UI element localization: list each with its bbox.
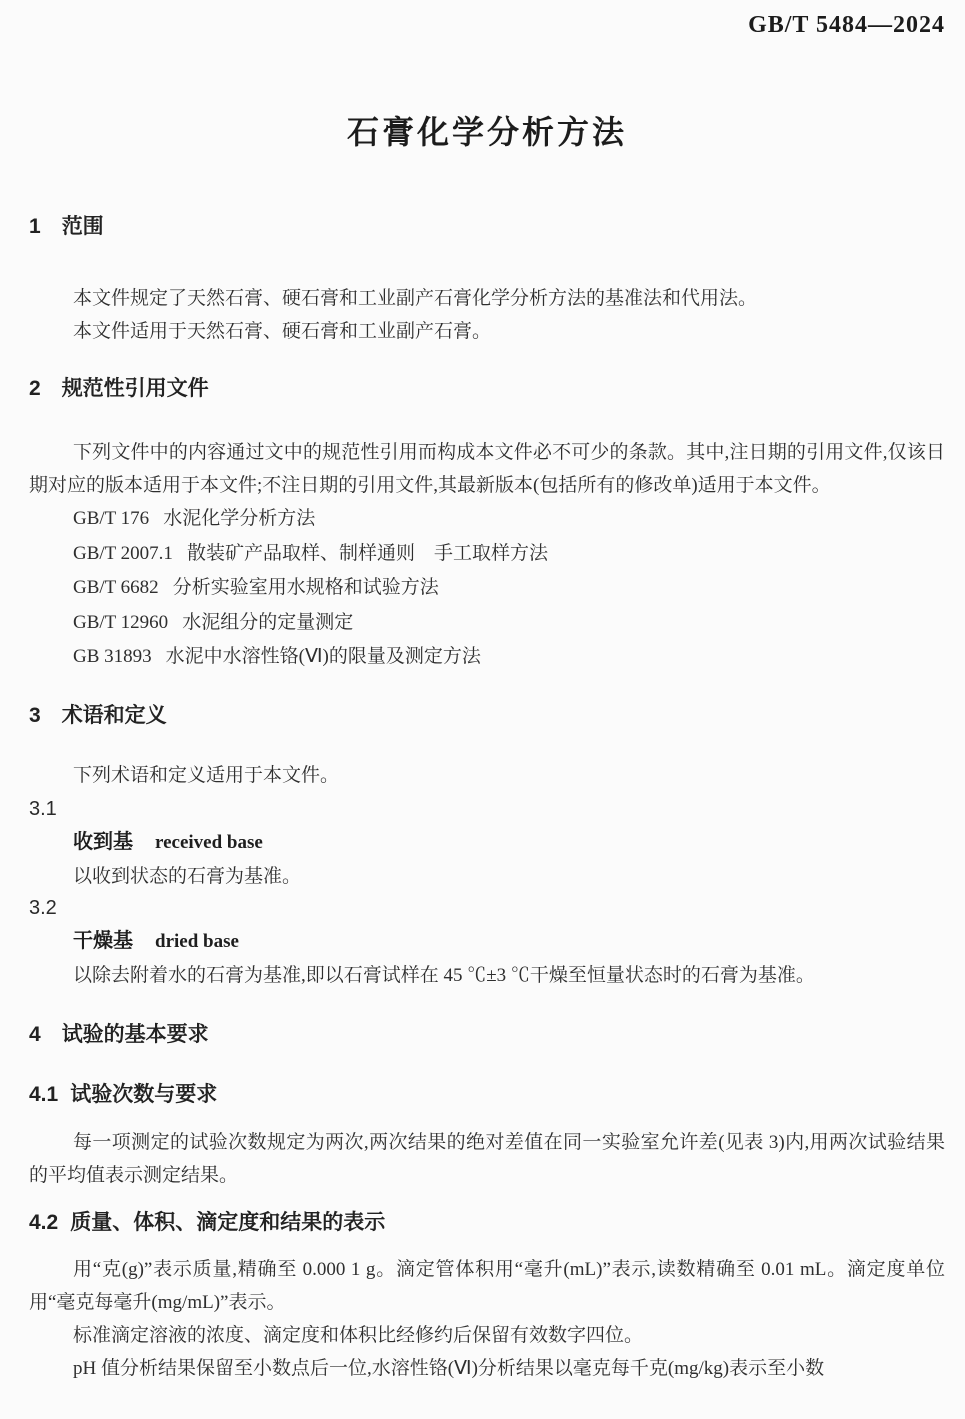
- reference-item: GB/T 2007.1散装矿产品取样、制样通则 手工取样方法: [29, 537, 945, 572]
- reference-title: 水泥化学分析方法: [163, 508, 315, 529]
- clause-1-heading: 1范围: [29, 214, 945, 240]
- clause-4-1-title: 试验次数与要求: [70, 1083, 217, 1106]
- terms-intro: 下列术语和定义适用于本文件。: [29, 759, 945, 792]
- clause-3-title: 术语和定义: [62, 704, 167, 727]
- clause-2-title: 规范性引用文件: [62, 377, 209, 400]
- clause-4-2-paragraph-2: 标准滴定溶液的浓度、滴定度和体积比经修约后保留有效数字四位。: [29, 1319, 945, 1352]
- reference-code: GB/T 176: [73, 502, 149, 537]
- clause-4-2-paragraph-3: pH 值分析结果保留至小数点后一位,水溶性铬(Ⅵ)分析结果以毫克每千克(mg/k…: [29, 1352, 945, 1385]
- clause-3-heading: 3术语和定义: [29, 703, 945, 729]
- reference-code: GB/T 6682: [73, 571, 159, 606]
- clause-2-number: 2: [29, 376, 41, 402]
- term-3-1-en: received base: [155, 832, 263, 853]
- term-3-2-en: dried base: [155, 931, 239, 952]
- scope-paragraph-1: 本文件规定了天然石膏、硬石膏和工业副产石膏化学分析方法的基准法和代用法。: [29, 282, 945, 315]
- term-3-1: 收到基received base: [29, 826, 945, 860]
- reference-code: GB 31893: [73, 640, 152, 675]
- reference-title: 水泥中水溶性铬(Ⅵ)的限量及测定方法: [166, 646, 481, 667]
- term-3-1-zh: 收到基: [73, 826, 133, 859]
- clause-4-2-number: 4.2: [29, 1210, 58, 1236]
- term-3-2-definition: 以除去附着水的石膏为基准,即以石膏试样在 45 ℃±3 ℃干燥至恒量状态时的石膏…: [29, 959, 945, 992]
- reference-title: 分析实验室用水规格和试验方法: [173, 577, 439, 598]
- term-3-2-number: 3.2: [29, 895, 945, 921]
- clause-4-2-title: 质量、体积、滴定度和结果的表示: [70, 1211, 385, 1234]
- reference-item: GB/T 12960水泥组分的定量测定: [29, 606, 945, 641]
- clause-4-number: 4: [29, 1022, 41, 1048]
- reference-item: GB/T 176水泥化学分析方法: [29, 502, 945, 537]
- clause-3-number: 3: [29, 703, 41, 729]
- term-3-2: 干燥基dried base: [29, 925, 945, 959]
- clause-4-1-heading: 4.1试验次数与要求: [29, 1082, 945, 1108]
- normative-references-list: GB/T 176水泥化学分析方法 GB/T 2007.1散装矿产品取样、制样通则…: [29, 502, 945, 675]
- clause-4-2-heading: 4.2质量、体积、滴定度和结果的表示: [29, 1210, 945, 1236]
- scope-paragraph-2: 本文件适用于天然石膏、硬石膏和工业副产石膏。: [29, 315, 945, 348]
- scope-section: 本文件规定了天然石膏、硬石膏和工业副产石膏化学分析方法的基准法和代用法。 本文件…: [29, 282, 945, 348]
- clause-1-title: 范围: [62, 215, 104, 238]
- reference-title: 水泥组分的定量测定: [182, 612, 353, 633]
- document-title: 石膏化学分析方法: [29, 110, 945, 154]
- document-page: GB/T 5484—2024 石膏化学分析方法 1范围 本文件规定了天然石膏、硬…: [0, 0, 965, 1419]
- clause-4-2-paragraphs: 用“克(g)”表示质量,精确至 0.000 1 g。滴定管体积用“毫升(mL)”…: [29, 1253, 945, 1385]
- term-3-1-number: 3.1: [29, 796, 945, 822]
- clause-2-heading: 2规范性引用文件: [29, 376, 945, 402]
- doc-number: GB/T 5484—2024: [29, 12, 945, 38]
- clause-4-1-number: 4.1: [29, 1082, 58, 1108]
- clause-4-2-paragraph-1: 用“克(g)”表示质量,精确至 0.000 1 g。滴定管体积用“毫升(mL)”…: [29, 1253, 945, 1319]
- reference-code: GB/T 12960: [73, 606, 168, 641]
- term-3-2-zh: 干燥基: [73, 925, 133, 958]
- reference-item: GB/T 6682分析实验室用水规格和试验方法: [29, 571, 945, 606]
- term-3-1-definition: 以收到状态的石膏为基准。: [29, 860, 945, 893]
- normative-references-intro: 下列文件中的内容通过文中的规范性引用而构成本文件必不可少的条款。其中,注日期的引…: [29, 436, 945, 502]
- reference-item: GB 31893水泥中水溶性铬(Ⅵ)的限量及测定方法: [29, 640, 945, 675]
- clause-1-number: 1: [29, 214, 41, 240]
- clause-4-1-paragraph: 每一项测定的试验次数规定为两次,两次结果的绝对差值在同一实验室允许差(见表 3)…: [29, 1126, 945, 1192]
- clause-4-heading: 4试验的基本要求: [29, 1022, 945, 1048]
- reference-code: GB/T 2007.1: [73, 537, 173, 572]
- clause-4-title: 试验的基本要求: [62, 1023, 209, 1046]
- reference-title: 散装矿产品取样、制样通则 手工取样方法: [187, 543, 548, 564]
